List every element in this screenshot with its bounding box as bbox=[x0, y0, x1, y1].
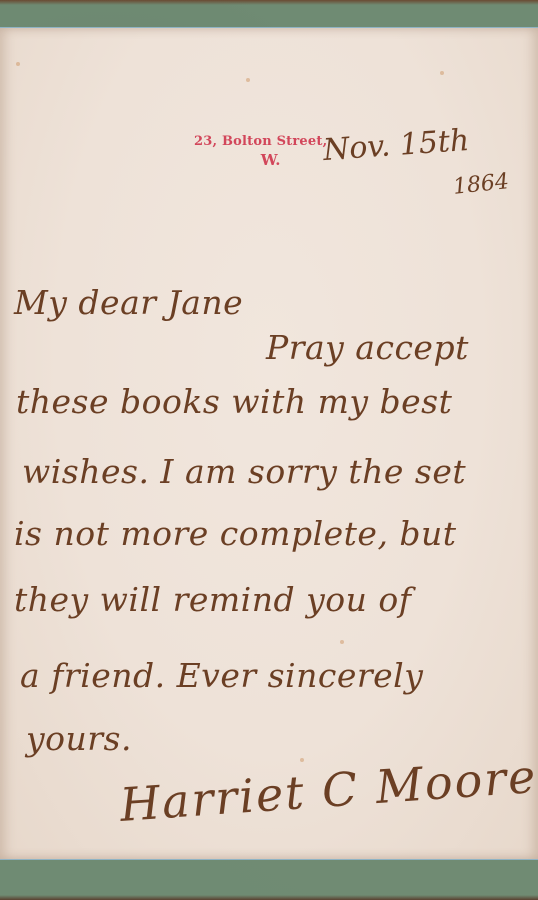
foxing-spot bbox=[340, 640, 344, 644]
body-line: these books with my best bbox=[16, 382, 452, 421]
salutation: My dear Jane bbox=[14, 283, 243, 322]
body-line: they will remind you of bbox=[14, 580, 411, 619]
foxing-spot bbox=[300, 758, 304, 762]
body-line: is not more complete, but bbox=[14, 514, 457, 553]
frame-edge-top bbox=[0, 0, 538, 5]
body-line: Pray accept bbox=[266, 328, 469, 367]
letterhead-address: 23, Bolton Street, W. bbox=[194, 134, 327, 169]
foxing-spot bbox=[246, 78, 250, 82]
closing-line: yours. bbox=[26, 719, 132, 758]
body-line: a friend. Ever sincerely bbox=[20, 656, 423, 695]
body-line: wishes. I am sorry the set bbox=[22, 452, 466, 491]
foxing-spot bbox=[16, 62, 20, 66]
letterhead-district: W. bbox=[194, 151, 327, 169]
foxing-spot bbox=[440, 71, 444, 75]
frame-edge-bottom bbox=[0, 895, 538, 900]
letterhead-street: 23, Bolton Street, bbox=[194, 134, 327, 149]
